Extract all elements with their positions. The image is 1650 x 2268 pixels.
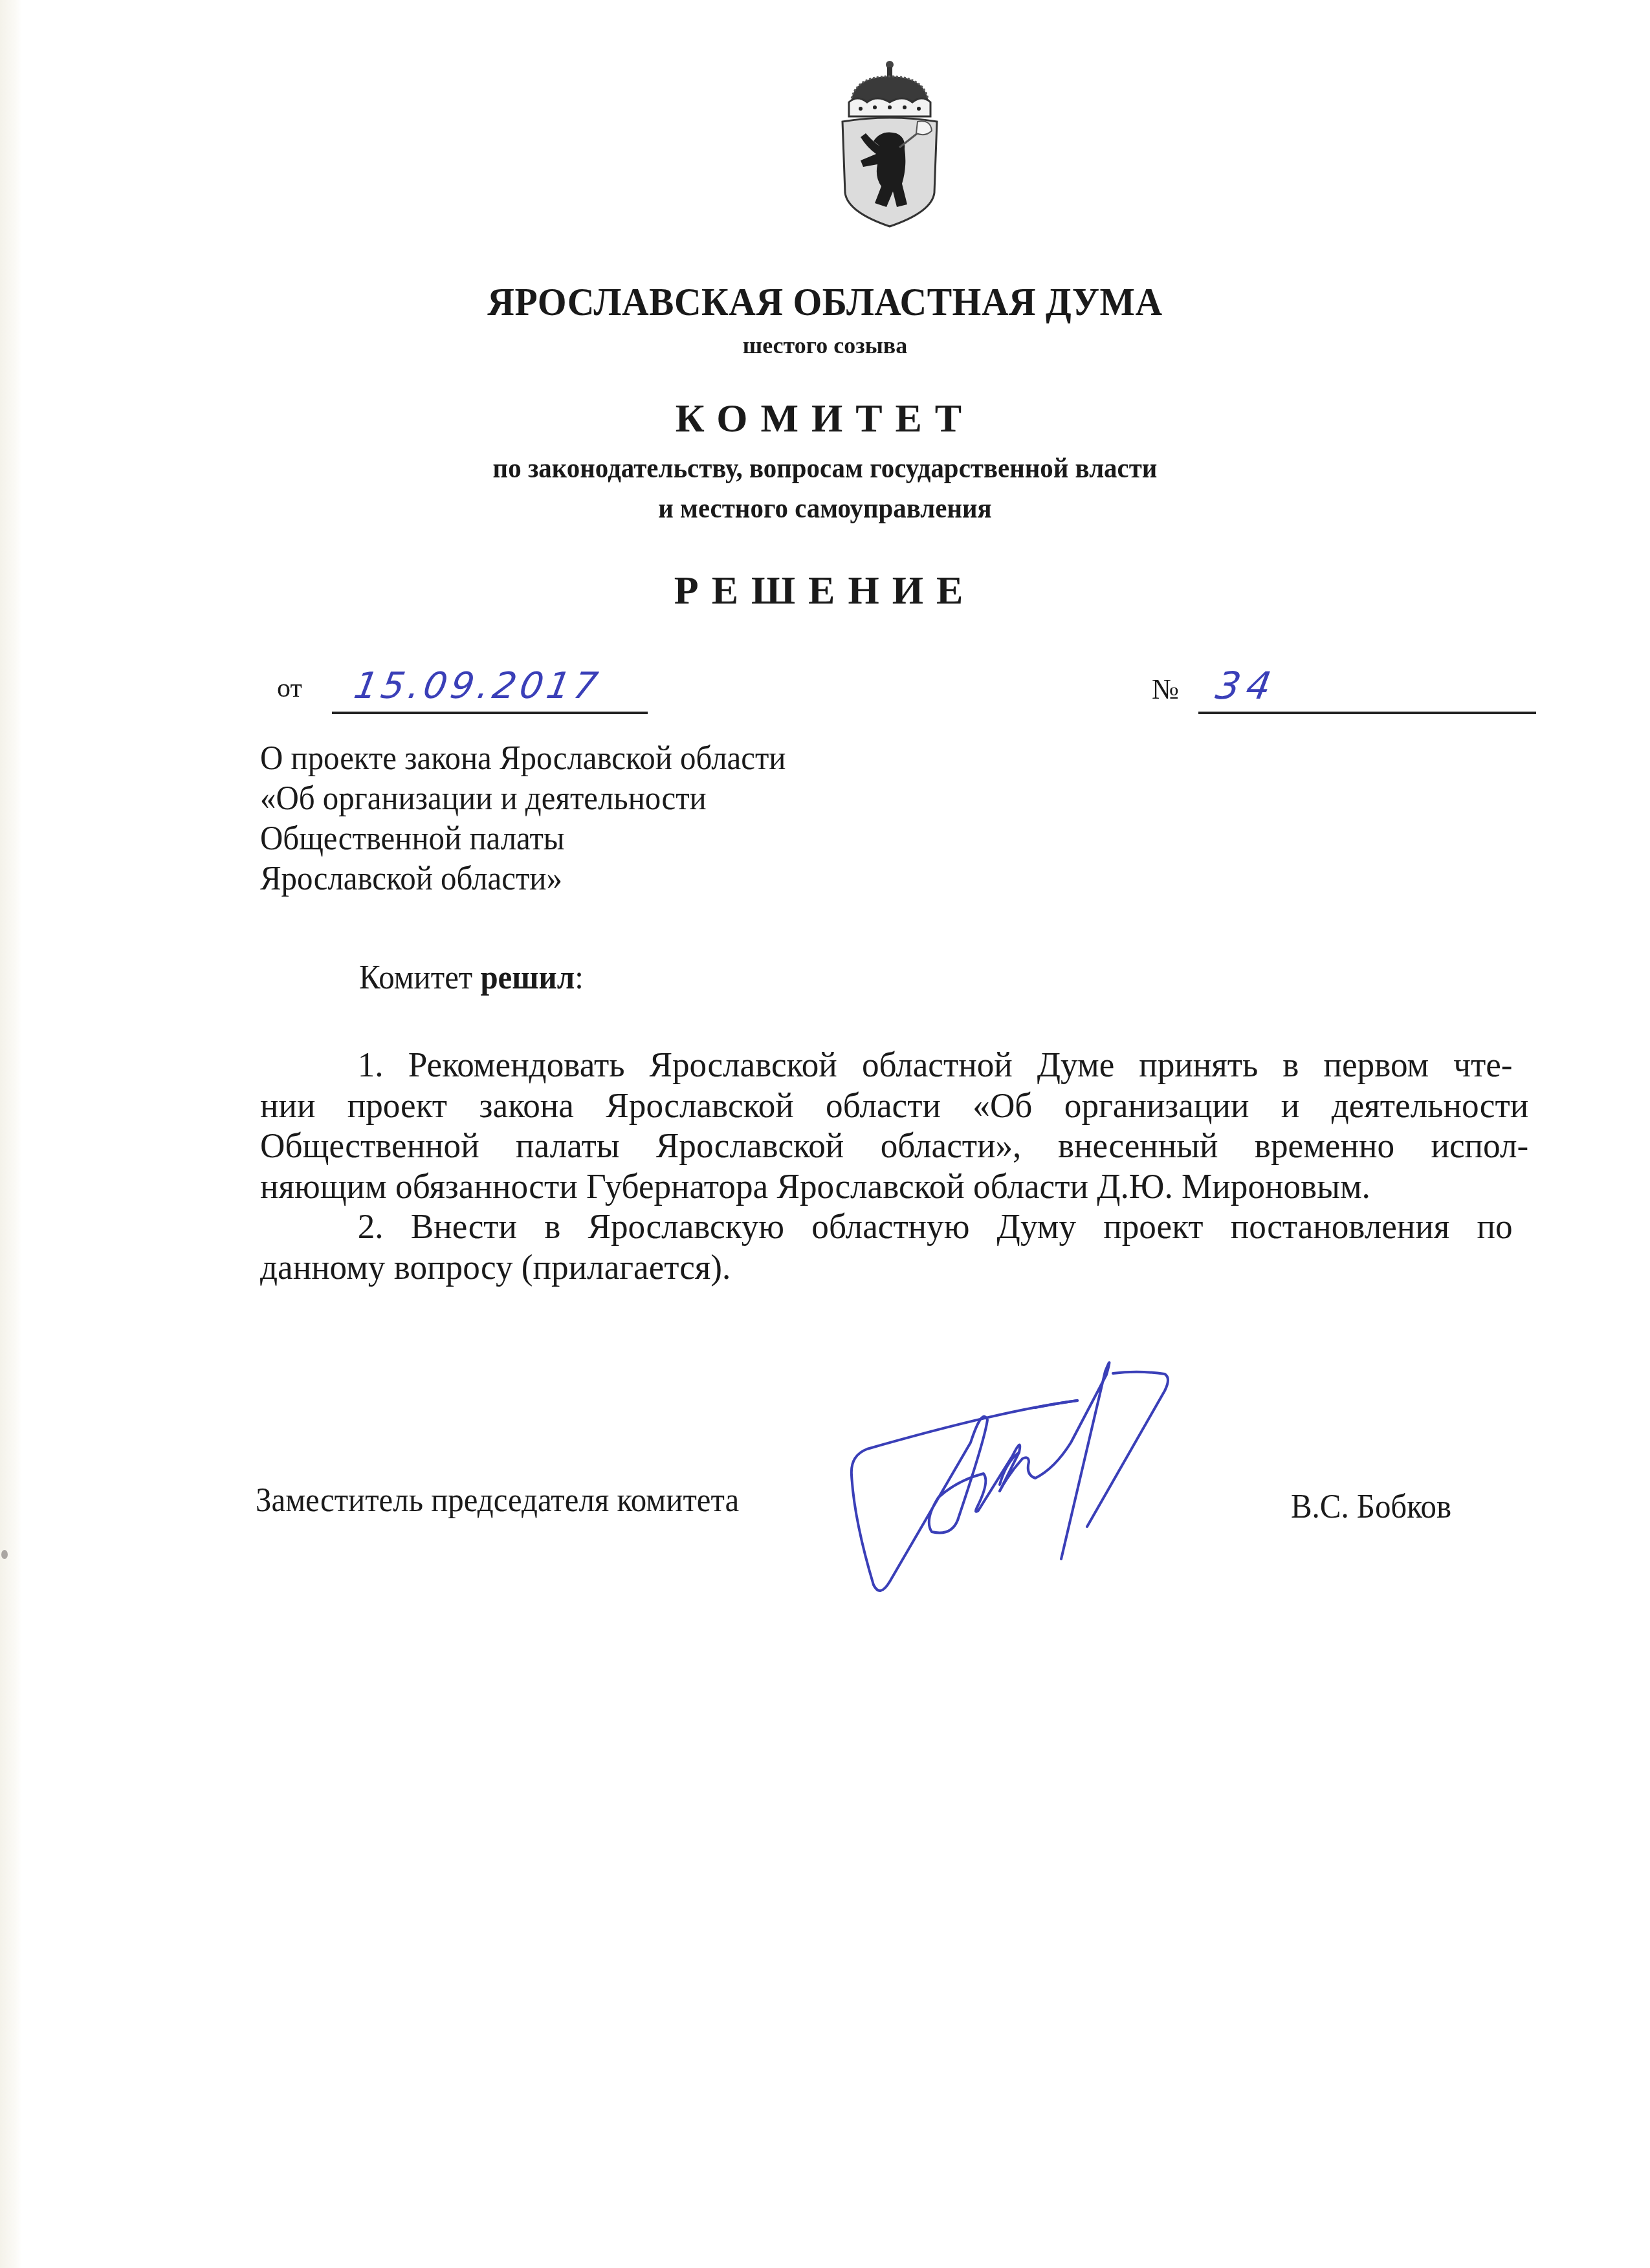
- decision-item-1-line: нии проект закона Ярославской области «О…: [260, 1085, 1528, 1126]
- date-underline: [332, 712, 648, 714]
- signatory-title: Заместитель председателя комитета: [256, 1481, 739, 1520]
- committee-subtitle-line2: и местного самоуправления: [58, 492, 1592, 525]
- scan-artifact: [1, 1550, 8, 1559]
- handwritten-signature-icon: [841, 1326, 1359, 1617]
- decision-item-1-line: няющим обязанности Губернатора Ярославск…: [260, 1166, 1510, 1207]
- number-label: №: [1152, 673, 1179, 706]
- document-subject: О проекте закона Ярославской области «Об…: [260, 739, 786, 899]
- number-underline: [1198, 712, 1536, 714]
- committee-subtitle-line1: по законодательству, вопросам государств…: [58, 452, 1592, 485]
- subject-line: О проекте закона Ярославской области: [260, 739, 786, 779]
- decision-intro-suffix: :: [575, 959, 584, 996]
- signatory-name: В.С. Бобков: [1291, 1488, 1451, 1526]
- date-value-handwritten: 15.09.2017: [351, 665, 604, 707]
- decision-intro: Комитет решил:: [359, 959, 584, 997]
- organization-title: ЯРОСЛАВСКАЯ ОБЛАСТНАЯ ДУМА: [58, 279, 1592, 325]
- document-type-title: РЕШЕНИЕ: [0, 568, 1650, 614]
- convocation-label: шестого созыва: [0, 332, 1650, 359]
- decision-intro-bold: решил: [480, 959, 575, 996]
- subject-line: «Об организации и деятельности: [260, 779, 786, 819]
- decision-item-2-line: данному вопросу (прилагается).: [260, 1247, 1510, 1288]
- decision-body: 1. Рекомендовать Ярославской областной Д…: [260, 1045, 1528, 1287]
- decision-item-2-line: 2. Внести в Ярославскую областную Думу п…: [260, 1206, 1513, 1247]
- subject-line: Ярославской области»: [260, 859, 786, 899]
- date-label: от: [277, 673, 302, 704]
- number-value-handwritten: 34: [1213, 664, 1281, 708]
- yaroslavl-coat-of-arms-icon: [835, 57, 945, 232]
- decision-item-1-line: 1. Рекомендовать Ярославской областной Д…: [260, 1045, 1513, 1085]
- committee-title: КОМИТЕТ: [0, 396, 1650, 442]
- subject-line: Общественной палаты: [260, 819, 786, 859]
- decision-intro-prefix: Комитет: [359, 959, 480, 996]
- decision-item-1-line: Общественной палаты Ярославской области»…: [260, 1126, 1528, 1166]
